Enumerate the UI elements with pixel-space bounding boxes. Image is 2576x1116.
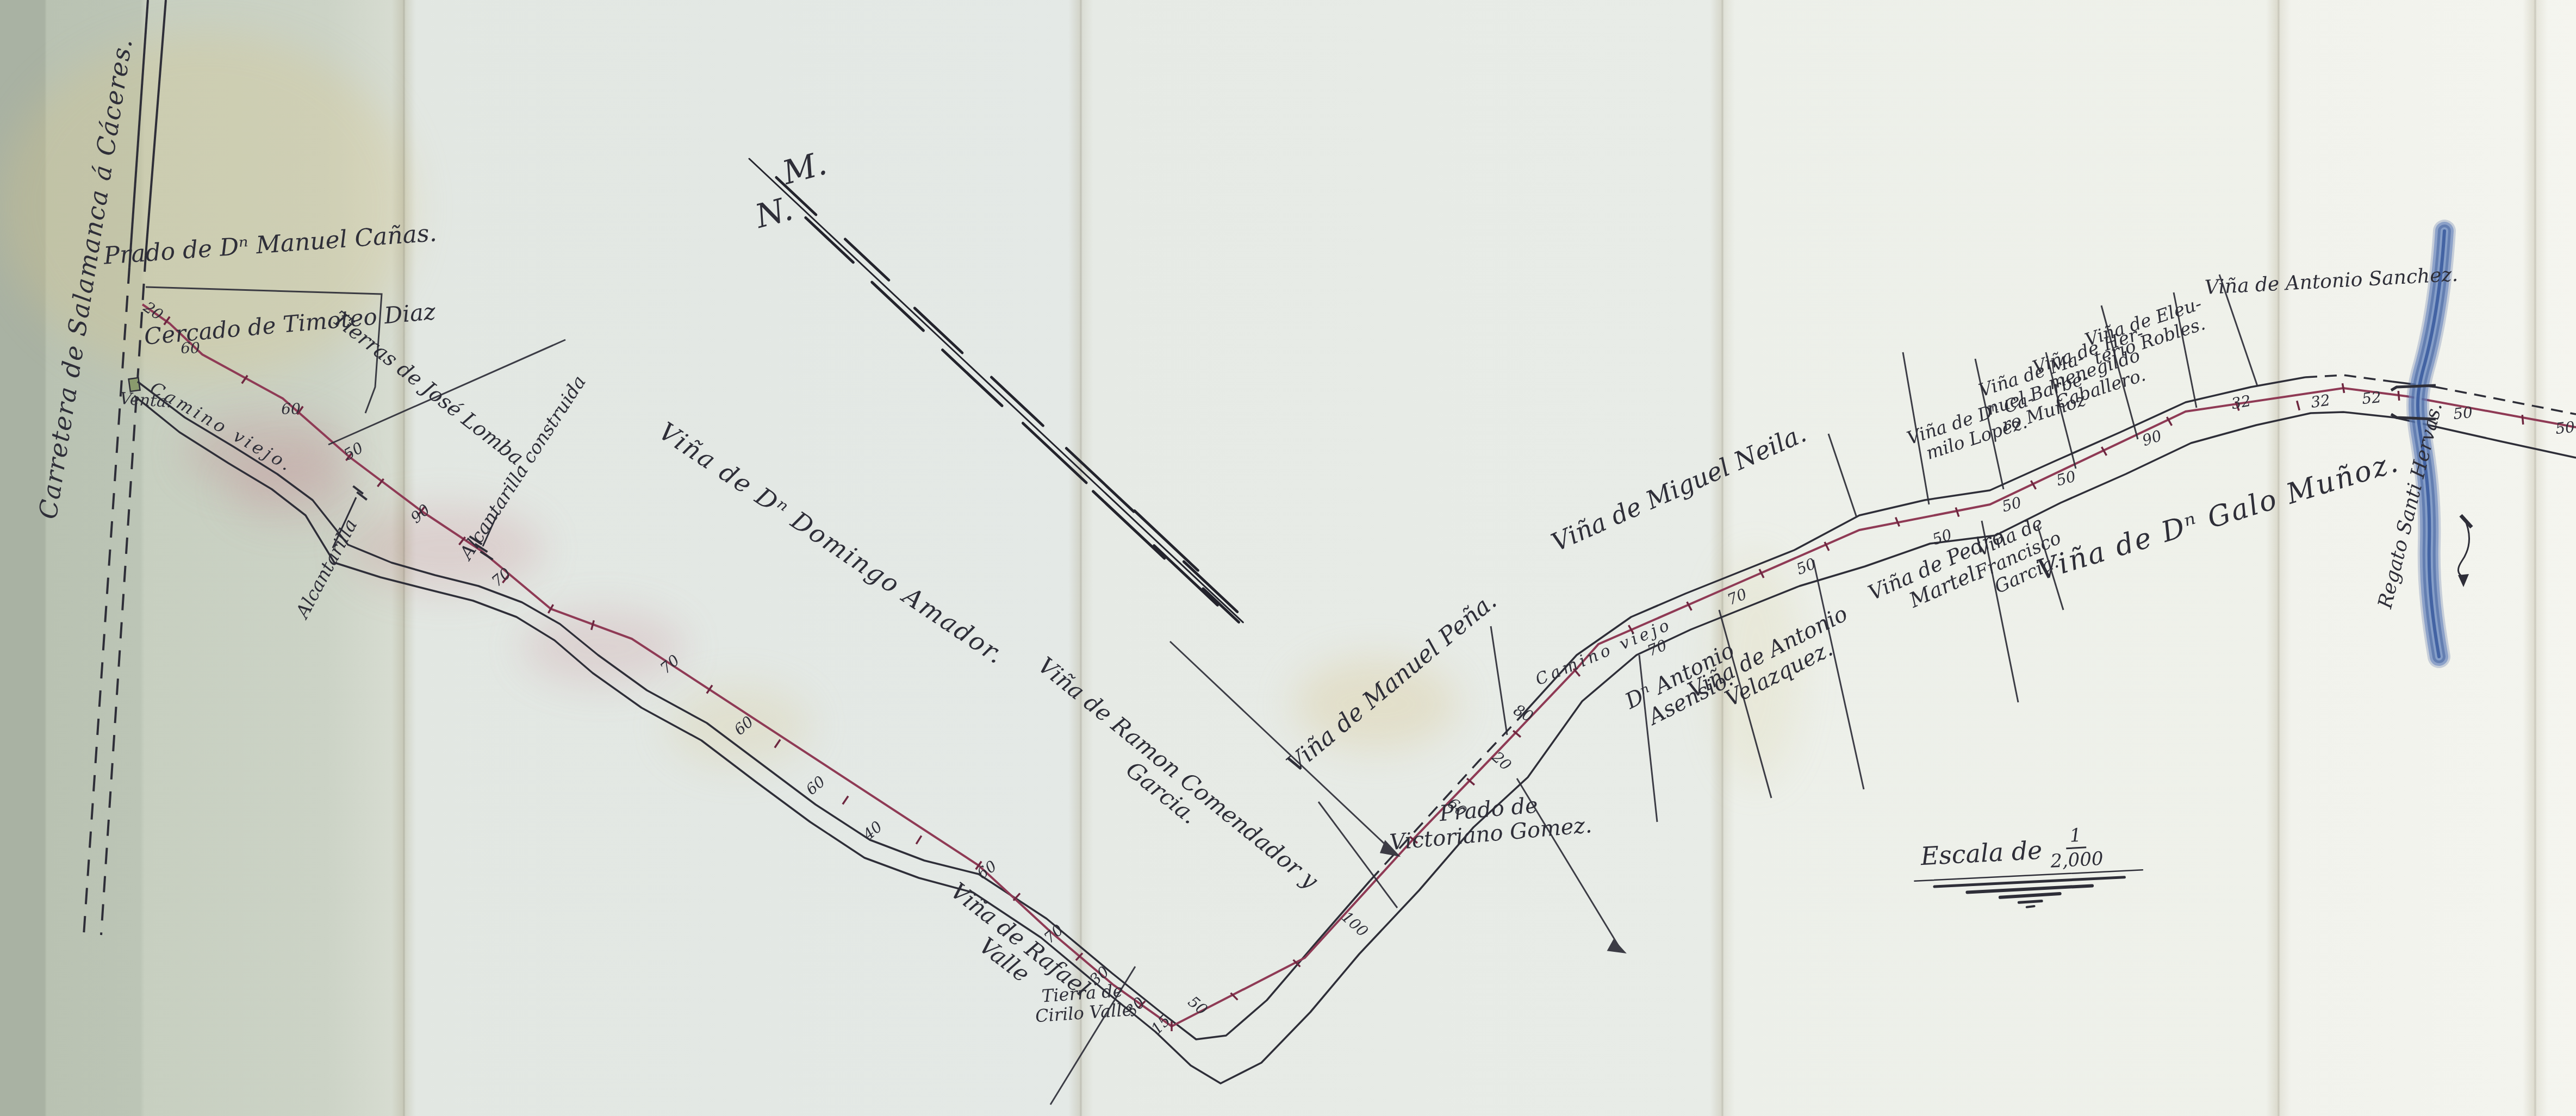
distance-measurement: 32 bbox=[2230, 392, 2253, 413]
map-canvas: Carretera de Salamanca á Cáceres.Prado d… bbox=[0, 0, 2576, 1116]
scale-denominator: 2,000 bbox=[2050, 847, 2104, 871]
distance-measurement: 32 bbox=[2310, 391, 2331, 412]
parcel-boundaries bbox=[146, 275, 2257, 1105]
distance-measurement: 50 bbox=[2555, 418, 2576, 438]
scale-fraction: 1 2,000 bbox=[2049, 825, 2104, 871]
map-linework bbox=[0, 0, 2576, 1116]
scale-numerator: 1 bbox=[2065, 826, 2087, 849]
scale-statement: Escala de 1 2,000 bbox=[1920, 825, 2104, 877]
scale-flourish bbox=[1914, 870, 2144, 912]
scale-prefix: Escala de bbox=[1920, 835, 2043, 871]
distance-measurement: 52 bbox=[2361, 388, 2382, 408]
distance-measurement: 60 bbox=[181, 339, 200, 357]
compass-needle bbox=[744, 154, 1248, 628]
distance-measurement: 60 bbox=[281, 400, 301, 418]
parcel-label-tierra-cirilo-valle: Tierra deCirilo Valle bbox=[1033, 981, 1133, 1026]
flow-arrow bbox=[2458, 515, 2472, 587]
distance-measurement: 50 bbox=[2453, 403, 2474, 423]
